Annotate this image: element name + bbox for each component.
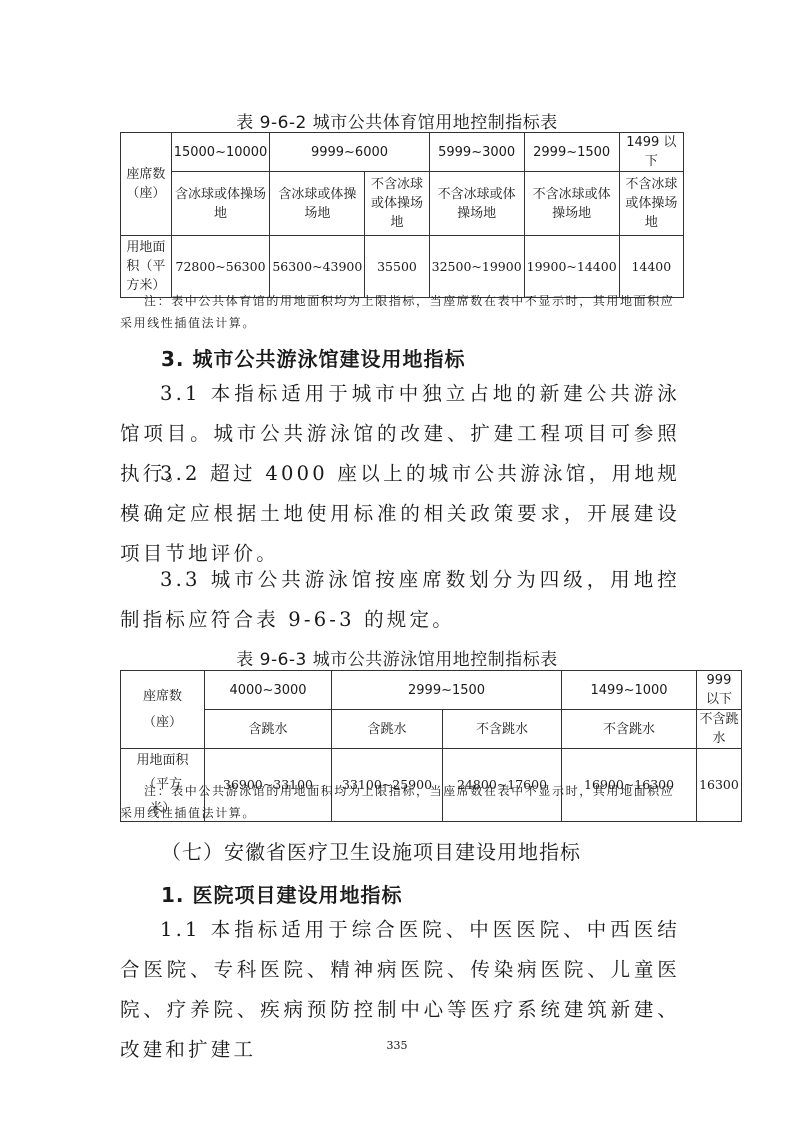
- area-value: 72800~56300: [171, 236, 270, 298]
- seat-range: 1499 以下: [619, 133, 683, 172]
- facility-type: 不含跳水: [443, 710, 562, 749]
- facility-type: 含跳水: [332, 710, 443, 749]
- table-9-6-2-caption: 表 9-6-2 城市公共体育馆用地控制指标表: [0, 108, 794, 133]
- facility-type: 不含冰球或体操场地: [429, 172, 524, 236]
- seat-range: 4000~3000: [205, 671, 332, 710]
- table-9-6-3-note: 注：表中公共游泳馆的用地面积均为上限指标，当座席数在表中不显示时，其用地面积应采…: [120, 780, 676, 824]
- area-value: 16300: [697, 749, 742, 822]
- area-value: 32500~19900: [429, 236, 524, 298]
- section-3-heading: 3. 城市公共游泳馆建设用地指标: [161, 343, 465, 372]
- page-number: 335: [0, 1039, 794, 1052]
- area-row-header: 用地面积（平方米）: [121, 236, 172, 298]
- facility-type: 含冰球或体操场地: [270, 172, 365, 236]
- facility-type: 不含冰球或体操场地: [524, 172, 619, 236]
- paragraph-3-2: 3.2 超过 4000 座以上的城市公共游泳馆，用地规模确定应根据土地使用标准的…: [120, 454, 680, 574]
- facility-type: 不含冰球或体操场地: [365, 172, 429, 236]
- seat-range: 2999~1500: [332, 671, 562, 710]
- part-7-heading: （七）安徽省医疗卫生设施项目建设用地指标: [161, 836, 581, 865]
- area-value: 35500: [365, 236, 429, 298]
- gym-land-table: 座席数（座） 15000~10000 9999~6000 5999~3000 2…: [120, 132, 684, 298]
- paragraph-3-2-text: 3.2 超过 4000 座以上的城市公共游泳馆，用地规模确定应根据土地使用标准的…: [120, 462, 680, 565]
- facility-type: 含跳水: [205, 710, 332, 749]
- seat-range: 999 以下: [697, 671, 742, 710]
- facility-type: 不含跳水: [562, 710, 697, 749]
- seat-range: 1499~1000: [562, 671, 697, 710]
- seat-range: 9999~6000: [270, 133, 429, 172]
- seat-range: 15000~10000: [171, 133, 270, 172]
- table-9-6-2-note: 注：表中公共体育馆的用地面积均为上限指标，当座席数在表中不显示时，其用地面积应采…: [120, 290, 676, 334]
- seat-range: 2999~1500: [524, 133, 619, 172]
- seats-row-header: 座席数（座）: [121, 133, 172, 236]
- facility-type: 不含跳水: [697, 710, 742, 749]
- facility-type: 含冰球或体操场地: [171, 172, 270, 236]
- area-value: 56300~43900: [270, 236, 365, 298]
- area-value: 14400: [619, 236, 683, 298]
- paragraph-3-3: 3.3 城市公共游泳馆按座席数划分为四级，用地控制指标应符合表 9-6-3 的规…: [120, 560, 680, 640]
- facility-type: 不含冰球或体操场地: [619, 172, 683, 236]
- table-9-6-3-caption: 表 9-6-3 城市公共游泳馆用地控制指标表: [0, 645, 794, 670]
- paragraph-3-3-text: 3.3 城市公共游泳馆按座席数划分为四级，用地控制指标应符合表 9-6-3 的规…: [120, 568, 680, 631]
- seats-row-header: 座席数（座）: [121, 671, 205, 749]
- area-value: 19900~14400: [524, 236, 619, 298]
- seat-range: 5999~3000: [429, 133, 524, 172]
- hospital-section-heading: 1. 医院项目建设用地指标: [161, 879, 402, 908]
